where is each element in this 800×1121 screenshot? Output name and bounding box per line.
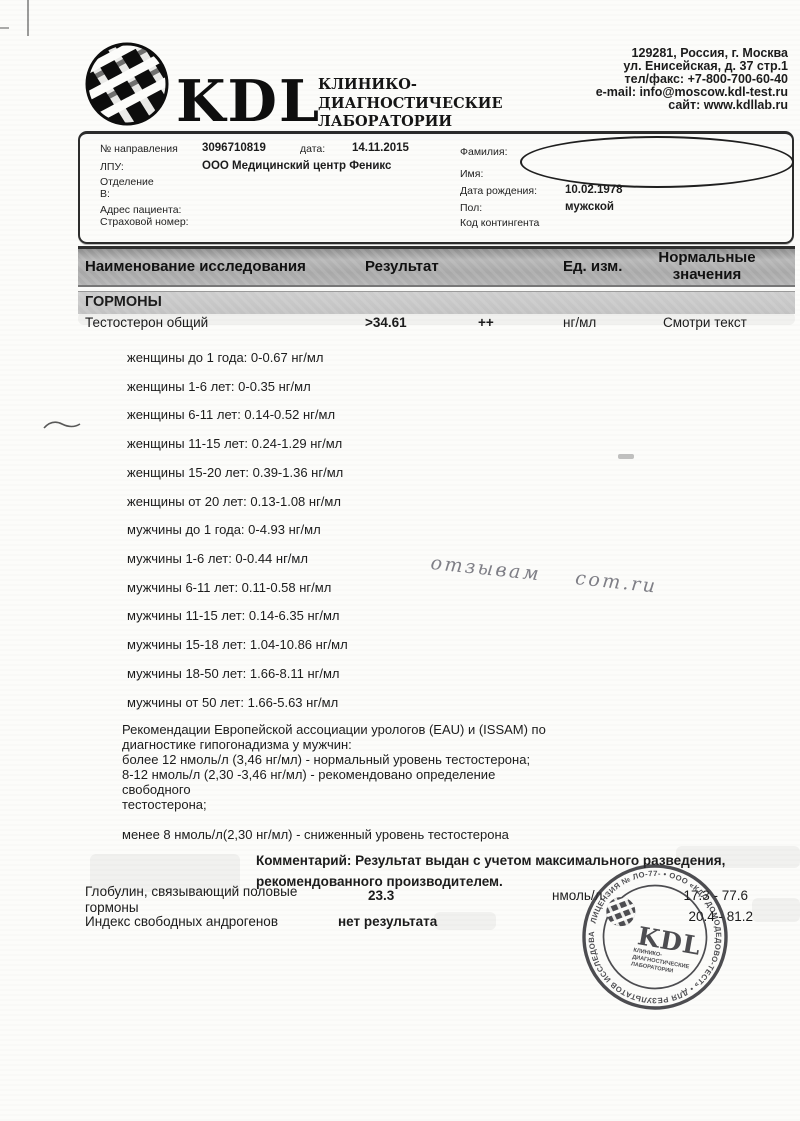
reference-range-line: женщины 1-6 лет: 0-0.35 нг/мл	[127, 379, 348, 408]
referral-number-value: 3096710819	[202, 142, 266, 154]
reference-range-line: мужчины до 1 года: 0-4.93 нг/мл	[127, 522, 348, 551]
kdl-round-stamp: ЛИЦЕНЗИЯ № ЛО-77- • ООО «КДЛ ДОМОДЕДОВО-…	[560, 842, 749, 1031]
test-flag: ++	[478, 315, 494, 330]
birthdate-label: Дата рождения:	[460, 185, 537, 197]
reference-range-line: мужчины 18-50 лет: 1.66-8.11 нг/мл	[127, 666, 348, 695]
reference-range-line: мужчины от 50 лет: 1.66-5.63 нг/мл	[127, 695, 348, 724]
reference-range-line: мужчины 1-6 лет: 0-0.44 нг/мл	[127, 551, 348, 580]
recommendation-line	[122, 812, 546, 827]
reference-range-line: женщины 15-20 лет: 0.39-1.36 нг/мл	[127, 465, 348, 494]
scanned-lab-report-page: KDL КЛИНИКО- ДИАГНОСТИЧЕСКИЕ ЛАБОРАТОРИИ…	[0, 0, 800, 1121]
reference-range-line: женщины 6-11 лет: 0.14-0.52 нг/мл	[127, 407, 348, 436]
reference-range-line: женщины от 20 лет: 0.13-1.08 нг/мл	[127, 494, 348, 523]
recommendation-line: более 12 нмоль/л (3,46 нг/мл) - нормальн…	[122, 752, 546, 767]
patient-name-redaction-ellipse	[520, 136, 794, 188]
contact-website-line: сайт: www.kdllab.ru	[596, 99, 788, 112]
recommendation-line: менее 8 нмоль/л(2,30 нг/мл) - сниженный …	[122, 827, 546, 842]
test-unit: нг/мл	[563, 315, 596, 330]
scan-artifact-dash	[0, 27, 9, 29]
scan-noise-patch	[752, 898, 800, 922]
logo-subtitle-line: КЛИНИКО-	[318, 76, 503, 95]
column-header-normal: Нормальные значения	[646, 250, 768, 283]
reference-range-line: мужчины 11-15 лет: 0.14-6.35 нг/мл	[127, 608, 348, 637]
contact-address-line: ул. Енисейская, д. 37 стр.1	[596, 60, 788, 73]
name-label: Имя:	[460, 168, 483, 180]
scan-artifact-edge-line	[27, 0, 29, 36]
contact-email-line: e-mail: info@moscow.kdl-test.ru	[596, 86, 788, 99]
lpu-label: ЛПУ:	[100, 161, 124, 173]
test-name: Тестостерон общий	[85, 315, 208, 330]
contact-phone-line: тел/факс: +7-800-700-60-40	[596, 73, 788, 86]
logo-subtitle-line: ЛАБОРАТОРИИ	[318, 113, 503, 132]
scan-noise-patch	[434, 912, 496, 930]
section-title: ГОРМОНЫ	[85, 294, 162, 310]
reference-range-line: мужчины 15-18 лет: 1.04-10.86 нг/мл	[127, 637, 348, 666]
department-label: Отделение	[100, 176, 154, 188]
contingent-code-label: Код контингента	[460, 217, 539, 229]
contact-address-line: 129281, Россия, г. Москва	[596, 47, 788, 60]
handwritten-watermark: отзывам com.ru	[430, 552, 701, 602]
patient-address-label: Адрес пациента:	[100, 204, 181, 216]
scan-artifact-smudge	[618, 454, 634, 459]
reference-range-line: мужчины 6-11 лет: 0.11-0.58 нг/мл	[127, 580, 348, 609]
lab-contact-block: 129281, Россия, г. Москва ул. Енисейская…	[596, 47, 788, 112]
test-normal: Смотри текст	[663, 315, 747, 330]
date-label: дата:	[300, 143, 325, 155]
date-value: 14.11.2015	[352, 142, 409, 154]
column-header-unit: Ед. изм.	[563, 258, 622, 275]
sex-label: Пол:	[460, 202, 482, 214]
reference-range-line: женщины 11-15 лет: 0.24-1.29 нг/мл	[127, 436, 348, 465]
recommendation-line: диагностике гипогонадизма у мужчин:	[122, 737, 546, 752]
sex-value: мужской	[565, 201, 614, 213]
recommendation-line: Рекомендации Европейской ассоциации урол…	[122, 722, 546, 737]
logo-subtitle-line: ДИАГНОСТИЧЕСКИЕ	[318, 95, 503, 114]
column-header-test-name: Наименование исследования	[85, 258, 306, 275]
logo-subtitle: КЛИНИКО- ДИАГНОСТИЧЕСКИЕ ЛАБОРАТОРИИ	[318, 76, 503, 132]
section-band-hormones	[78, 291, 795, 314]
recommendation-line: 8-12 нмоль/л (2,30 -3,46 нг/мл) - рекоме…	[122, 767, 546, 782]
test-name: гормоны	[85, 900, 139, 915]
reference-ranges-list: женщины до 1 года: 0-0.67 нг/мл женщины …	[127, 350, 348, 723]
test-name: Глобулин, связывающий половые	[85, 884, 297, 899]
test-result: нет результата	[338, 914, 437, 929]
v-label: В:	[100, 188, 110, 200]
referral-number-label: № направления	[100, 143, 178, 155]
test-result: >34.61	[365, 315, 407, 330]
insurance-number-label: Страховой номер:	[100, 216, 189, 228]
recommendation-line: свободного	[122, 782, 546, 797]
logo-text: KDL	[176, 68, 321, 135]
surname-label: Фамилия:	[460, 146, 508, 158]
recommendations-block: Рекомендации Европейской ассоциации урол…	[122, 722, 546, 842]
test-result: 23.3	[368, 888, 394, 903]
reference-range-line: женщины до 1 года: 0-0.67 нг/мл	[127, 350, 348, 379]
test-name: Индекс свободных андрогенов	[85, 914, 278, 929]
lpu-value: ООО Медицинский центр Феникс	[202, 160, 391, 172]
column-header-result: Результат	[365, 258, 439, 275]
recommendation-line: тестостерона;	[122, 797, 546, 812]
kdl-globe-logo-icon	[84, 42, 170, 126]
scan-artifact-pen-mark	[42, 416, 82, 434]
